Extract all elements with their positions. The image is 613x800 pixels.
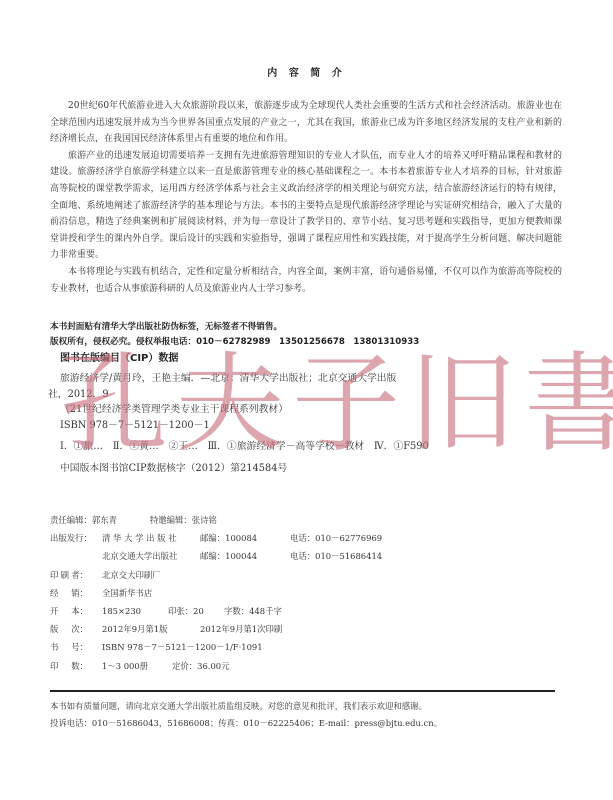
editor-row: 责任编辑： 郭东青 特邀编辑： 张诗铭 — [50, 511, 570, 529]
summary-paragraph: 本书将理论与实践有机结合，定性和定量分析相结合，内容全面，案例丰富，语句通俗易懂… — [50, 264, 562, 297]
publisher-row: 出版发行： 清 华 大 学 出 版 社 邮编：100084 电话：010－627… — [50, 529, 570, 547]
summary-paragraph: 旅游产业的迅速发展迫切需要培养一支拥有先进旅游管理知识的专业人才队伍，而专业人才… — [50, 148, 562, 264]
label-char: 次： — [71, 620, 88, 638]
quality-notice: 本书如有质量问题，请向北京交通大学出版社质监组反映。对您的意见和批评，我们表示欢… — [50, 698, 570, 715]
label-char: 书 — [50, 638, 58, 656]
distributor-label: 经 销： — [50, 584, 88, 602]
cip-publisher-date: 社，2012．9 — [48, 387, 568, 403]
label-char: 印 — [50, 657, 58, 675]
book-number-row: 书 号： ISBN 978－7－5121－1200－1/F·1091 — [50, 638, 570, 656]
label-char: 本： — [71, 602, 88, 620]
copyright-notice: 本书封面贴有清华大学出版社防伪标签，无标签者不得销售。 版权所有，侵权必究。侵权… — [50, 320, 570, 350]
cip-data-block: 旅游经济学/黄月玲，王艳主编．—北京：清华大学出版社；北京交通大学出版 社，20… — [48, 371, 568, 476]
label-char: 销： — [71, 584, 88, 602]
anti-counterfeit-notice: 本书封面贴有清华大学出版社防伪标签，无标签者不得销售。 — [50, 320, 570, 335]
page-title: 内 容 简 介 — [0, 64, 613, 79]
book-number-value: ISBN 978－7－5121－1200－1/F·1091 — [102, 638, 263, 656]
cip-record-number: 中国版本图书馆CIP数据核字（2012）第214584号 — [48, 461, 568, 477]
label-char: 印 — [50, 566, 58, 584]
sheets-value: 印张：20 — [168, 602, 224, 620]
label-char: 刷 — [61, 566, 69, 584]
distributor-row: 经 销： 全国新华书店 — [50, 584, 570, 602]
publisher-name: 北京交通大学出版社 — [102, 547, 200, 565]
publisher-postcode: 邮编：100044 — [200, 547, 290, 565]
book-copyright-page: 内 容 简 介 20世纪60年代旅游业进入大众旅游阶段以来，旅游逐步成为全球现代… — [0, 0, 613, 800]
content-summary: 20世纪60年代旅游业进入大众旅游阶段以来，旅游逐步成为全球现代人类社会重要的生… — [50, 98, 562, 297]
label-char: 开 — [50, 602, 58, 620]
word-count: 字数：448千字 — [224, 602, 282, 620]
cip-isbn: ISBN 978－7－5121－1200－1 — [48, 418, 568, 434]
quality-feedback: 本书如有质量问题，请向北京交通大学出版社质监组反映。对您的意见和批评，我们表示欢… — [50, 698, 570, 732]
publisher-postcode: 邮编：100084 — [200, 529, 290, 547]
publisher-label: 出版发行： — [50, 529, 102, 547]
publisher-row: 北京交通大学出版社 邮编：100044 电话：010－51686414 — [50, 547, 570, 565]
format-row: 开 本： 185×230 印张：20 字数：448千字 — [50, 602, 570, 620]
format-label: 开 本： — [50, 602, 88, 620]
publisher-name: 清 华 大 学 出 版 社 — [102, 529, 200, 547]
summary-paragraph: 20世纪60年代旅游业进入大众旅游阶段以来，旅游逐步成为全球现代人类社会重要的生… — [50, 98, 562, 148]
cip-heading: 图书在版编目（CIP）数据 — [60, 349, 178, 364]
label-char: 者： — [71, 566, 88, 584]
special-editor-name: 张诗铭 — [192, 511, 217, 529]
publication-credits: 责任编辑： 郭东青 特邀编辑： 张诗铭 出版发行： 清 华 大 学 出 版 社 … — [50, 511, 570, 675]
label-char: 数： — [71, 657, 88, 675]
distributor-name: 全国新华书店 — [102, 584, 152, 602]
print-run-value: 1～3 000册 — [102, 657, 172, 675]
publisher-phone: 电话：010－51686414 — [290, 547, 382, 565]
contact-info: 投诉电话：010－51686043，51686008；传真：010－622254… — [50, 715, 570, 732]
book-number-label: 书 号： — [50, 638, 88, 656]
cip-classification: Ⅰ．①旅… Ⅱ．①黄… ②王… Ⅲ．①旅游经济学－高等学校－教材 Ⅳ．①F590 — [48, 439, 568, 455]
cip-title-line: 旅游经济学/黄月玲，王艳主编．—北京：清华大学出版社；北京交通大学出版 — [48, 371, 568, 387]
printer-row: 印 刷 者： 北京交大印刷厂 — [50, 566, 570, 584]
printer-label: 印 刷 者： — [50, 566, 88, 584]
print-run-row: 印 数： 1～3 000册 定价：36.00元 — [50, 657, 570, 675]
edition-value: 2012年9月第1版 — [102, 620, 200, 638]
printing-value: 2012年9月第1次印刷 — [200, 620, 282, 638]
format-value: 185×230 — [102, 602, 168, 620]
label-char: 经 — [50, 584, 58, 602]
label-char: 版 — [50, 620, 58, 638]
editor-name: 郭东青 — [92, 511, 150, 529]
label-char: 号： — [71, 638, 88, 656]
print-run-label: 印 数： — [50, 657, 88, 675]
divider-rule — [50, 690, 555, 692]
copyright-hotline: 版权所有，侵权必究。侵权举报电话：010－62782989 1350125667… — [50, 335, 570, 350]
price-value: 定价：36.00元 — [172, 657, 229, 675]
printer-name: 北京交大印刷厂 — [102, 566, 161, 584]
editor-label: 责任编辑： — [50, 511, 92, 529]
publisher-phone: 电话：010－62776969 — [290, 529, 382, 547]
edition-row: 版 次： 2012年9月第1版 2012年9月第1次印刷 — [50, 620, 570, 638]
edition-label: 版 次： — [50, 620, 88, 638]
spacer — [50, 547, 102, 565]
cip-series: （21世纪经济学类管理学类专业主干课程系列教材） — [48, 402, 568, 418]
special-editor-label: 特邀编辑： — [150, 511, 192, 529]
